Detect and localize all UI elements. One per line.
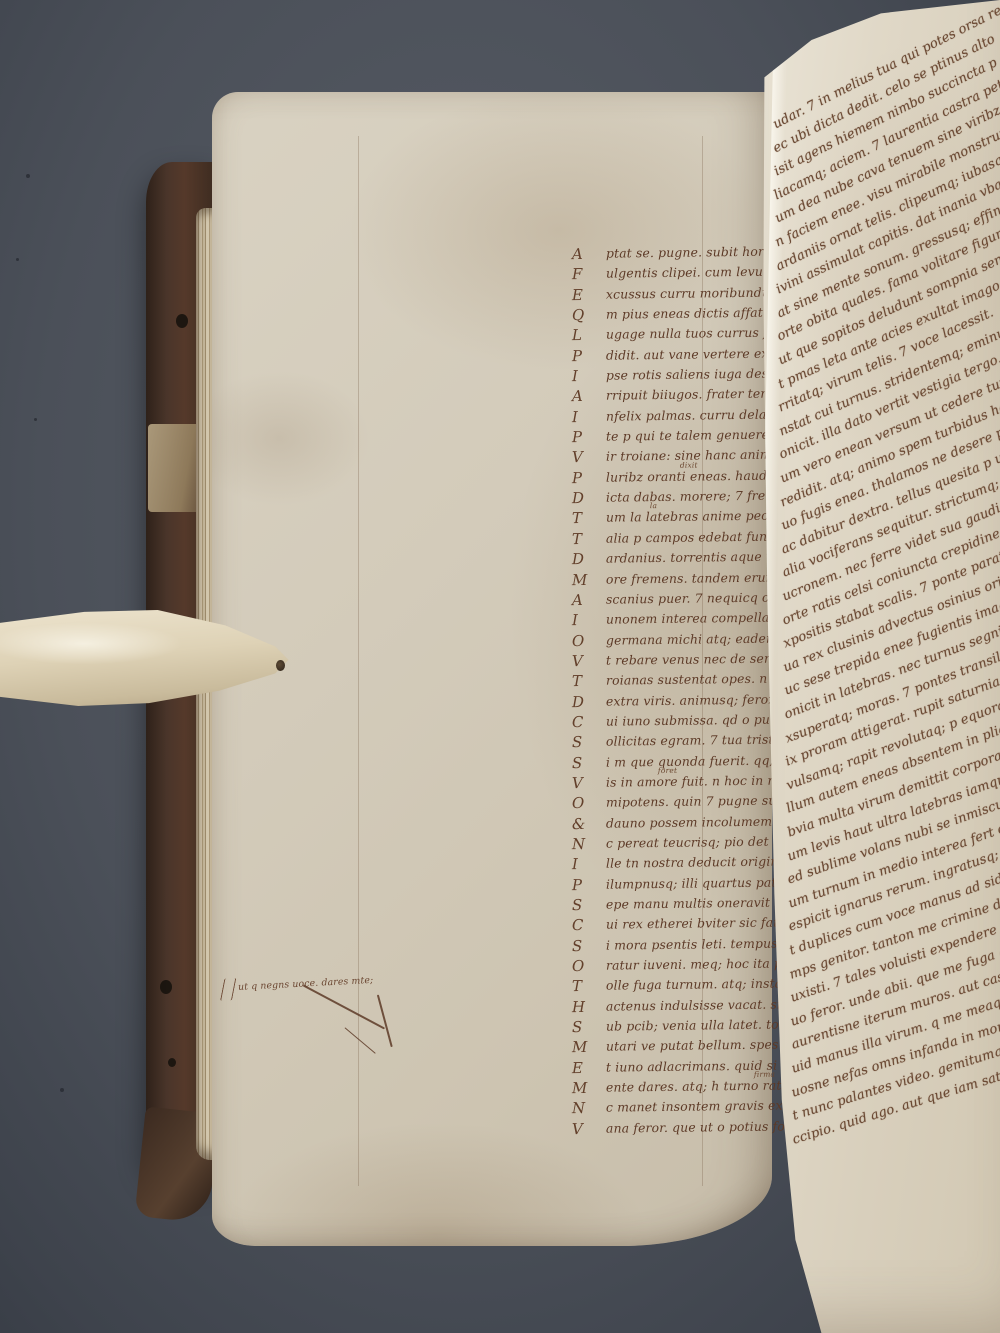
spine-repair-patch — [148, 424, 200, 512]
interlinear-gloss: firma — [754, 1070, 775, 1079]
line-initial: D — [572, 489, 606, 507]
line-initial: H — [572, 997, 606, 1015]
line-initial: P — [572, 468, 606, 486]
line-initial: Q — [572, 306, 606, 324]
line-initial: & — [572, 814, 606, 832]
ruling-line — [358, 136, 359, 1186]
line-initial: S — [572, 936, 606, 954]
line-initial: O — [572, 631, 606, 649]
photo-backdrop: Aptat se. pugne. subit horas hasta pimas… — [0, 0, 1000, 1333]
line-initial: E — [572, 1058, 606, 1076]
marginal-note-text: ut q negns uoce. dares mte; — [238, 975, 374, 993]
line-initial: M — [572, 1038, 606, 1056]
spine-worm-hole — [168, 1058, 176, 1067]
line-initial: P — [572, 428, 606, 446]
line-initial: S — [572, 733, 606, 751]
pointer-tip-mark — [276, 660, 285, 671]
line-initial: M — [572, 1079, 606, 1097]
line-initial: C — [572, 916, 606, 934]
line-initial: M — [572, 570, 606, 588]
line-initial: D — [572, 550, 606, 568]
line-initial: V — [572, 652, 606, 670]
dust-speck — [16, 258, 19, 261]
line-initial: S — [572, 753, 606, 771]
line-initial: I — [572, 367, 606, 385]
line-initial: P — [572, 346, 606, 364]
pen-flourish — [377, 995, 393, 1048]
line-initial: C — [572, 713, 606, 731]
right-manuscript-leaf: udar. 7 in melius tua qui potes orsa ref… — [752, 0, 1000, 1333]
spine-worm-hole — [160, 980, 172, 994]
line-initial: N — [572, 835, 606, 853]
line-initial: O — [572, 794, 606, 812]
line-initial: I — [572, 855, 606, 873]
line-initial: I — [572, 611, 606, 629]
line-initial: D — [572, 692, 606, 710]
line-initial: A — [572, 387, 606, 405]
line-initial: S — [572, 1018, 606, 1036]
line-initial: T — [572, 672, 606, 690]
line-initial: N — [572, 1099, 606, 1117]
interlinear-gloss: foret — [658, 766, 677, 775]
line-initial: T — [572, 509, 606, 527]
line-initial: T — [572, 977, 606, 995]
line-initial: P — [572, 875, 606, 893]
marginal-flourish-icon — [220, 978, 236, 1001]
line-initial: V — [572, 774, 606, 792]
line-initial: E — [572, 285, 606, 303]
line-initial: S — [572, 896, 606, 914]
interlinear-gloss: dixit — [680, 460, 698, 469]
spine-worm-hole — [176, 314, 188, 328]
pen-flourish — [303, 984, 385, 1029]
dust-speck — [34, 418, 37, 421]
line-initial: V — [572, 448, 606, 466]
dust-speck — [60, 1088, 64, 1092]
line-initial: F — [572, 265, 606, 283]
right-page-text-column: udar. 7 in melius tua qui potes orsa ref… — [752, 0, 1000, 1333]
line-initial: T — [572, 529, 606, 547]
interlinear-gloss: la — [650, 502, 657, 511]
line-initial: V — [572, 1119, 606, 1137]
left-manuscript-page: Aptat se. pugne. subit horas hasta pimas… — [212, 92, 772, 1246]
line-initial: I — [572, 407, 606, 425]
line-initial: A — [572, 591, 606, 609]
line-initial: O — [572, 957, 606, 975]
line-initial: A — [572, 245, 606, 263]
line-initial: L — [572, 326, 606, 344]
dust-speck — [26, 174, 30, 178]
pen-flourish — [344, 1027, 376, 1054]
